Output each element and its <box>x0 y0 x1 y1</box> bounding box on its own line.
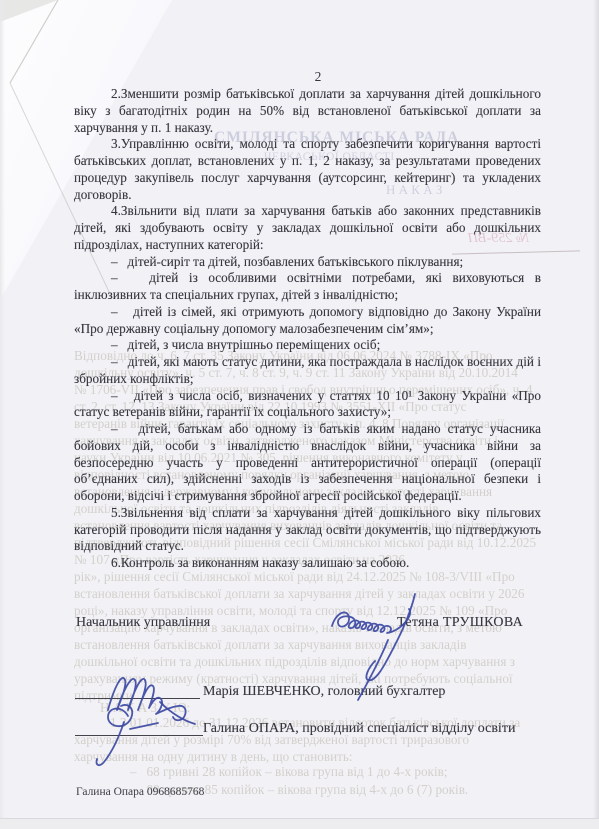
ink-signature-opara <box>84 700 184 768</box>
footer-contact: Галина Опара 0968685768 <box>76 786 204 798</box>
body-paragraph: 2.Зменшити розмір батьківської доплати з… <box>74 86 541 136</box>
body-list-item: – дітей, з числа внутрішньо переміщених … <box>74 337 541 354</box>
body-paragraph: 3.Управлінню освіти, молоді та спорту за… <box>74 136 541 203</box>
body-paragraph: 6.Контроль за виконанням наказу залишаю … <box>74 555 541 572</box>
scanned-order-page: { "scan": { "page_number": "2", "body": … <box>0 0 599 829</box>
cosigner2-label: Галина ОПАРА, провідний спеціаліст відді… <box>203 721 515 737</box>
body-list-item: – дітей із сімей, які отримують допомогу… <box>74 304 541 338</box>
scan-edge-left <box>0 0 5 818</box>
order-body-text: 2.Зменшити розмір батьківської доплати з… <box>74 86 541 572</box>
body-list-item: – дітей з числа осіб, визначених у статт… <box>74 388 541 422</box>
body-list-item: – дітей, які мають статус дитини, яка по… <box>74 354 541 388</box>
body-paragraph: 4.Звільнити від плати за харчування бать… <box>74 203 541 253</box>
body-list-item: – дітей-сиріт та дітей, позбавлених бать… <box>74 254 541 271</box>
signatory-title: Начальник управління <box>76 615 210 631</box>
bleedthrough-text: встановлення батьківської доплати за хар… <box>74 586 525 602</box>
body-paragraph: 5.Звільнення від сплати за харчування ді… <box>74 505 541 555</box>
body-list-item: – дітей із особливими освітніми потребам… <box>74 270 541 304</box>
scan-edge-right <box>593 0 599 818</box>
body-list-item: – дітей, батькам або одному із батьків я… <box>74 421 541 505</box>
ink-signature-trushkova <box>318 588 453 703</box>
